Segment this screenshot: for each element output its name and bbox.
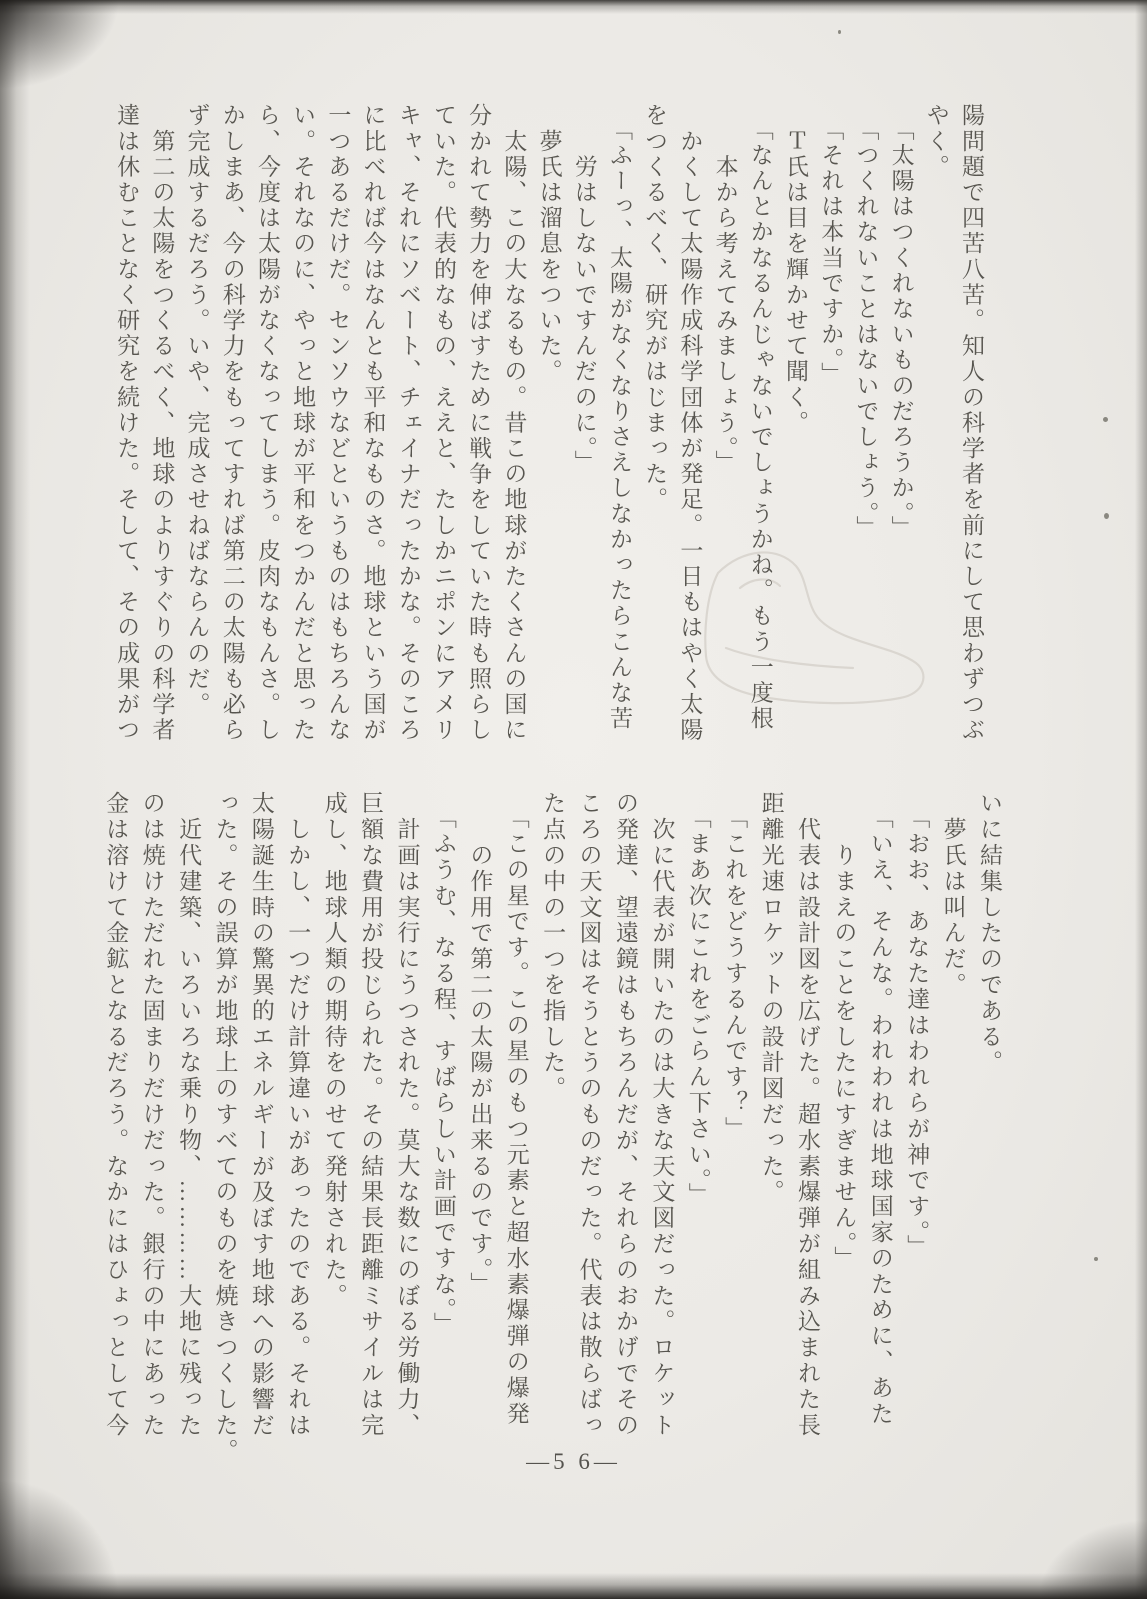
- text-column: 「それは本当ですか。」: [813, 103, 848, 753]
- scan-speck: [1104, 513, 1109, 519]
- text-column: 「この星です。この星のもつ元素と超水素爆弾の爆発: [497, 791, 533, 1451]
- story-text-bottom: いに結集したのである。 夢氏は叫んだ。 「おお、あなた達はわれらが神です。」 「…: [91, 791, 1007, 1451]
- text-column: 「ふうむ、なる程、すばらしい計画ですな。」: [425, 791, 461, 1451]
- text-column: Ｔ氏は目を輝かせて聞く。: [778, 103, 813, 753]
- text-column: 「なんとかなるんじゃないでしょうかね。もう一度根: [743, 103, 778, 753]
- text-column: 太陽誕生時の驚異的エネルギーが及ぼす地球への影響だ: [242, 791, 278, 1451]
- text-column: 次に代表が開いたのは大きな天文図だった。ロケット: [643, 791, 679, 1451]
- scanned-page: 陽問題で四苦八苦。知人の科学者を前にして思わずつぶやく。 「太陽はつくれないもの…: [0, 0, 1147, 1599]
- text-column: 距離光速ロケットの設計図だった。: [752, 791, 788, 1451]
- text-column: 第二の太陽をつくるべく、地球のよりすぐりの科学者: [144, 103, 179, 753]
- text-column: ら、今度は太陽がなくなってしまう。皮肉なもんさ。し: [250, 103, 285, 753]
- text-column: 近代建築、いろいろな乗り物、…………大地に残った: [170, 791, 206, 1451]
- text-column: の作用で第二の太陽が出来るのです。」: [461, 791, 497, 1451]
- scan-shadow-corner-bottom-right: [1037, 1519, 1147, 1599]
- text-column: 金は溶けて金鉱となるだろう。なかにはひょっとして今: [97, 791, 133, 1451]
- text-column: いに結集したのである。: [971, 791, 1007, 1451]
- scan-shadow-corner-top-left: [0, 0, 120, 90]
- text-column: キャ、それにソベート、チェイナだったかな。そのころ: [391, 103, 426, 753]
- text-column: やく。: [919, 103, 954, 753]
- text-column: 代表は設計図を広げた。超水素爆弾が組み込まれた長: [789, 791, 825, 1451]
- scan-shadow-right: [1135, 0, 1147, 1599]
- scan-shadow-corner-bottom-left: [0, 1479, 120, 1599]
- scan-shadow-bottom: [0, 1573, 1147, 1599]
- text-column: 「つくれないことはないでしょう。」: [848, 103, 883, 753]
- text-column: しかし、一つだけ計算違いがあったのである。それは: [279, 791, 315, 1451]
- story-text-top: 陽問題で四苦八苦。知人の科学者を前にして思わずつぶやく。 「太陽はつくれないもの…: [107, 103, 989, 753]
- scan-speck: [1103, 417, 1108, 422]
- text-column: の発達、望遠鏡はもちろんだが、それらのおかげでその: [607, 791, 643, 1451]
- text-column: 夢氏は溜息をついた。: [531, 103, 566, 753]
- text-column: 夢氏は叫んだ。: [934, 791, 970, 1451]
- text-column: ず完成するだろう。いや、完成させねばならんのだ。: [179, 103, 214, 753]
- text-column: に比べれば今はなんとも平和なものさ。地球という国が: [355, 103, 390, 753]
- scan-shadow-top: [0, 0, 1147, 14]
- text-column: りまえのことをしたにすぎません。」: [825, 791, 861, 1451]
- text-column: 計画は実行にうつされた。莫大な数にのぼる労働力、: [388, 791, 424, 1451]
- text-column: 「ふーっ、太陽がなくなりさえしなかったらこんな苦: [602, 103, 637, 753]
- text-column: 陽問題で四苦八苦。知人の科学者を前にして思わずつぶ: [954, 103, 989, 753]
- text-column: 「これをどうするんです？」: [716, 791, 752, 1451]
- text-column: い。それなのに、やっと地球が平和をつかんだと思った: [285, 103, 320, 753]
- text-column: 本から考えてみましょう。」: [707, 103, 742, 753]
- text-column: 達は休むことなく研究を続けた。そして、その成果がつ: [109, 103, 144, 753]
- text-column: をつくるべく、研究がはじまった。: [637, 103, 672, 753]
- scan-shadow-left: [0, 0, 30, 1599]
- text-column: 成し、地球人類の期待をのせて発射された。: [315, 791, 351, 1451]
- text-column: ていた。代表的なもの、ええと、たしかニポンにアメリ: [426, 103, 461, 753]
- text-column: 「おお、あなた達はわれらが神です。」: [898, 791, 934, 1451]
- text-column: った。その誤算が地球上のすべてのものを焼きつくした。: [206, 791, 242, 1451]
- text-column: 巨額な費用が投じられた。その結果長距離ミサイルは完: [352, 791, 388, 1451]
- text-column: かしまあ、今の科学力をもってすれば第二の太陽も必ら: [215, 103, 250, 753]
- text-column: た点の中の一つを指した。: [534, 791, 570, 1451]
- page-number: —5 6—: [0, 1449, 1147, 1475]
- scan-speck: [1094, 1257, 1098, 1261]
- text-column: 「いえ、そんな。われわれは地球国家のために、あた: [861, 791, 897, 1451]
- text-column: 「太陽はつくれないものだろうか。」: [883, 103, 918, 753]
- text-column: 一つあるだけだ。センソウなどというものはもちろんな: [320, 103, 355, 753]
- text-column: 労はしないですんだのに。」: [567, 103, 602, 753]
- text-column: 分かれて勢力を伸ばすために戦争をしていた時も照らし: [461, 103, 496, 753]
- text-column: 太陽、この大なるもの。昔この地球がたくさんの国に: [496, 103, 531, 753]
- scan-speck: [838, 30, 841, 34]
- text-column: のは焼けただれた固まりだけだった。銀行の中にあった: [133, 791, 169, 1451]
- text-column: ころの天文図はそうとうのものだった。代表は散らばっ: [570, 791, 606, 1451]
- text-column: 「まあ次にこれをごらん下さい。」: [679, 791, 715, 1451]
- text-column: かくして太陽作成科学団体が発足。一日もはやく太陽: [672, 103, 707, 753]
